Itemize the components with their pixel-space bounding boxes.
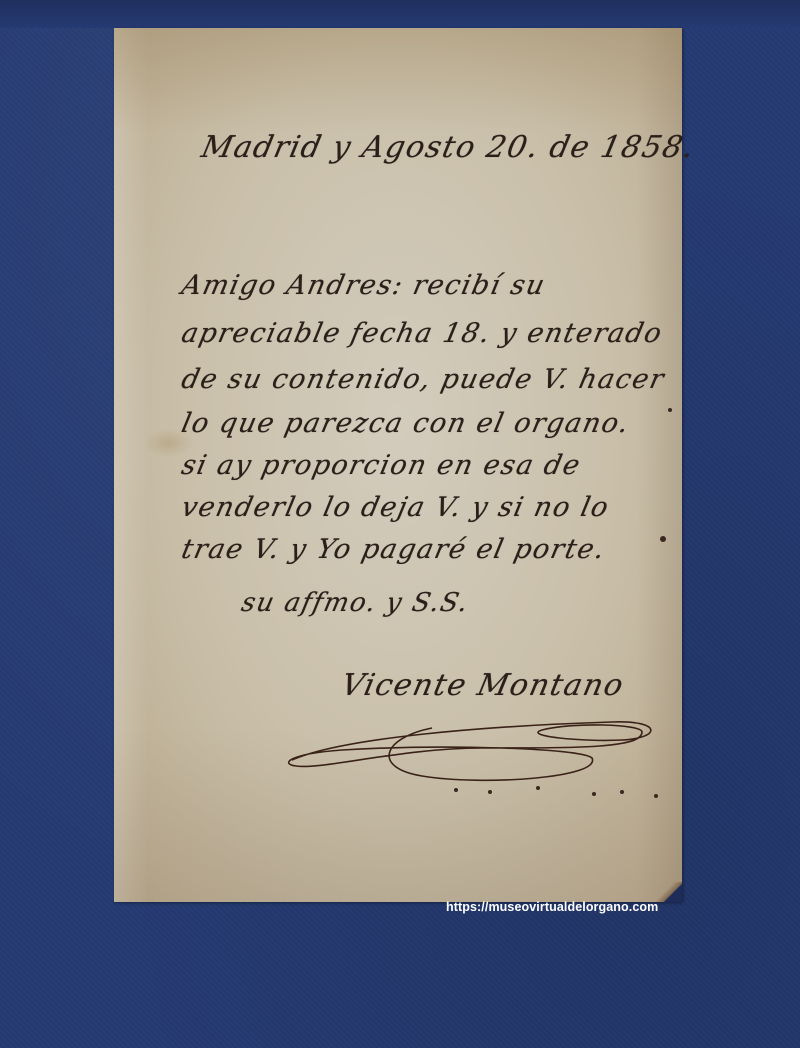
ink-dot [488, 790, 492, 794]
ink-dot [660, 536, 666, 542]
mat-top-edge [0, 0, 800, 28]
letter-paper: Madrid y Agosto 20. de 1858. Amigo Andre… [114, 28, 682, 902]
ink-dot [620, 790, 624, 794]
paper-corner-curl [656, 882, 682, 902]
letter-body-line: Amigo Andres: recibí su [179, 270, 549, 301]
letter-signature: Vicente Montano [338, 668, 627, 703]
ink-dot [454, 788, 458, 792]
letter-body-line: venderlo lo deja V. y si no lo [179, 492, 613, 523]
letter-dateline: Madrid y Agosto 20. de 1858. [198, 130, 698, 165]
letter-body-line: lo que parezca con el organo. [179, 408, 633, 439]
letter-body-line: apreciable fecha 18. y enterado [179, 318, 666, 349]
ink-dot [668, 408, 672, 412]
letter-body-line: trae V. y Yo pagaré el porte. [179, 534, 609, 565]
ink-dot [536, 786, 540, 790]
letter-body-line: de su contenido, puede V. hacer [179, 364, 668, 395]
ink-dot [592, 792, 596, 796]
letter-body-line: si ay proporcion en esa de [179, 450, 584, 481]
source-url-watermark: https://museovirtualdelorgano.com [446, 900, 658, 914]
letter-closing: su affmo. y S.S. [239, 588, 472, 618]
signature-rubric-flourish [282, 708, 662, 788]
ink-dot [654, 794, 658, 798]
